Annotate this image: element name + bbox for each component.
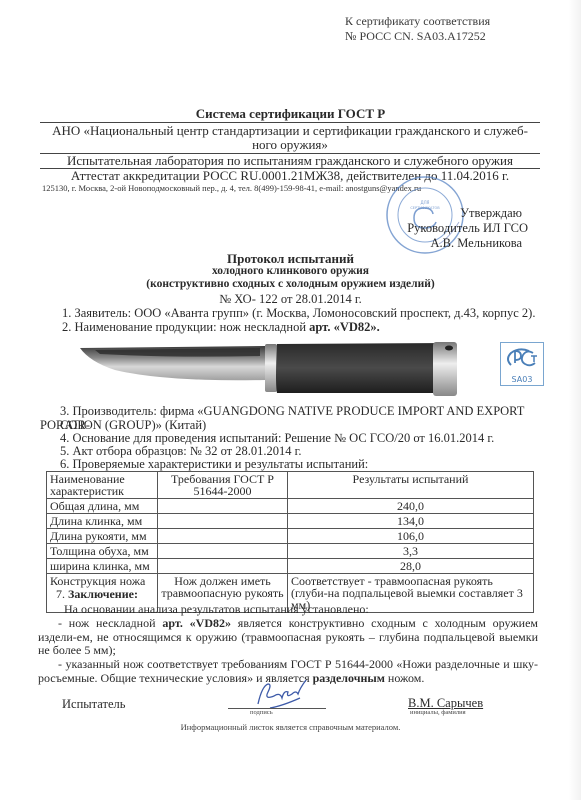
point2-text-post: ножом. — [385, 671, 424, 685]
organization-name: АНО «Национальный центр стандартизации и… — [40, 122, 540, 152]
point1-text-pre: - нож нескладной — [58, 616, 162, 630]
header-requirements: Требования ГОСТ Р 51644-2000 — [158, 472, 288, 499]
testing-basis: 4. Основание для проведения испытаний: Р… — [60, 431, 494, 445]
row-name: Толщина обуха, мм — [47, 544, 158, 559]
row-result: 240,0 — [288, 499, 534, 514]
pct-logo-icon — [501, 343, 543, 373]
knife-image — [75, 338, 475, 404]
manufacturer-line2: PORATION (GROUP)» (Китай) — [40, 418, 206, 432]
approval-line1: Утверждаю — [402, 206, 522, 221]
product-name: 2. Наименование продукции: нож нескладно… — [62, 320, 380, 334]
certificate-reference: К сертификату соответствия № РОСС CN. SA… — [345, 14, 490, 44]
point2-bold: разделочным — [313, 671, 385, 685]
organization-line2: ного оружия» — [40, 138, 540, 152]
table-header-row: Наименование характеристик Требования ГО… — [47, 472, 534, 499]
row-requirement — [158, 499, 288, 514]
sampling-act: 5. Акт отбора образцов: № 32 от 28.01.20… — [60, 444, 301, 458]
protocol-number: № ХО- 122 от 28.01.2014 г. — [0, 292, 581, 307]
row-result: 3,3 — [288, 544, 534, 559]
table-row: ширина клинка, мм 28,0 — [47, 559, 534, 574]
row-name: Общая длина, мм — [47, 499, 158, 514]
conclusion-number: 7. — [56, 587, 68, 601]
row-result: 28,0 — [288, 559, 534, 574]
row-name: Длина клинка, мм — [47, 514, 158, 529]
pct-certification-mark: SA03 — [500, 342, 544, 386]
approval-name: А.В. Мельникова — [402, 236, 522, 251]
approval-position: Руководитель ИЛ ГСО — [388, 221, 528, 236]
pct-code: SA03 — [501, 375, 543, 384]
table-row: Толщина обуха, мм 3,3 — [47, 544, 534, 559]
table-row: Общая длина, мм 240,0 — [47, 499, 534, 514]
header-characteristic: Наименование характеристик — [47, 472, 158, 499]
name-caption: инициалы, фамилия — [410, 709, 466, 716]
certificate-ref-line1: К сертификату соответствия — [345, 14, 490, 29]
row-requirement — [158, 529, 288, 544]
protocol-subtitle1: холодного клинкового оружия — [0, 265, 581, 277]
row-requirement — [158, 514, 288, 529]
header-results: Результаты испытаний — [288, 472, 534, 499]
certificate-ref-number: № РОСС CN. SA03.A17252 — [345, 29, 490, 44]
row-result: 106,0 — [288, 529, 534, 544]
protocol-subtitle2: (конструктивно сходных с холодным оружие… — [0, 278, 581, 290]
conclusion-title: Заключение: — [68, 587, 138, 601]
point1-article: арт. «VD82» — [162, 616, 231, 630]
approval-block: Утверждаю Руководитель ИЛ ГСО А.В. Мельн… — [402, 206, 528, 251]
row-requirement — [158, 559, 288, 574]
signature-caption: подпись — [250, 709, 273, 716]
laboratory-name: Испытательная лаборатория по испытаниям … — [40, 153, 540, 168]
applicant: 1. Заявитель: ООО «Аванта групп» (г. Мос… — [62, 306, 535, 320]
conclusion-heading: 7. Заключение: — [56, 588, 138, 602]
svg-text:ДЛЯ: ДЛЯ — [421, 200, 430, 205]
system-title: Система сертификации ГОСТ Р — [0, 106, 581, 122]
lab-address: 125130, г. Москва, 2-ой Новоподмосковный… — [42, 183, 421, 193]
row-name: ширина клинка, мм — [47, 559, 158, 574]
table-row: Длина клинка, мм 134,0 — [47, 514, 534, 529]
tester-role: Испытатель — [62, 697, 125, 712]
product-article: арт. «VD82». — [309, 320, 380, 334]
row-result: 134,0 — [288, 514, 534, 529]
checked-characteristics-heading: 6. Проверяемые характеристики и результа… — [60, 457, 368, 471]
handwritten-signature-icon — [250, 678, 310, 712]
conclusion-intro: На основании анализа результатов испытан… — [64, 603, 369, 617]
row-requirement — [158, 544, 288, 559]
organization-line1: АНО «Национальный центр стандартизации и… — [40, 124, 540, 138]
table-row: Длина рукояти, мм 106,0 — [47, 529, 534, 544]
conclusion-point-1: - нож нескладной арт. «VD82» является ко… — [38, 617, 538, 658]
footer-note: Информационный листок является справочны… — [0, 722, 581, 732]
certificate-document-page: К сертификату соответствия № РОСС CN. SA… — [0, 0, 581, 800]
product-name-prefix: 2. Наименование продукции: нож нескладно… — [62, 320, 309, 334]
row-name: Длина рукояти, мм — [47, 529, 158, 544]
signature-line — [228, 708, 326, 709]
